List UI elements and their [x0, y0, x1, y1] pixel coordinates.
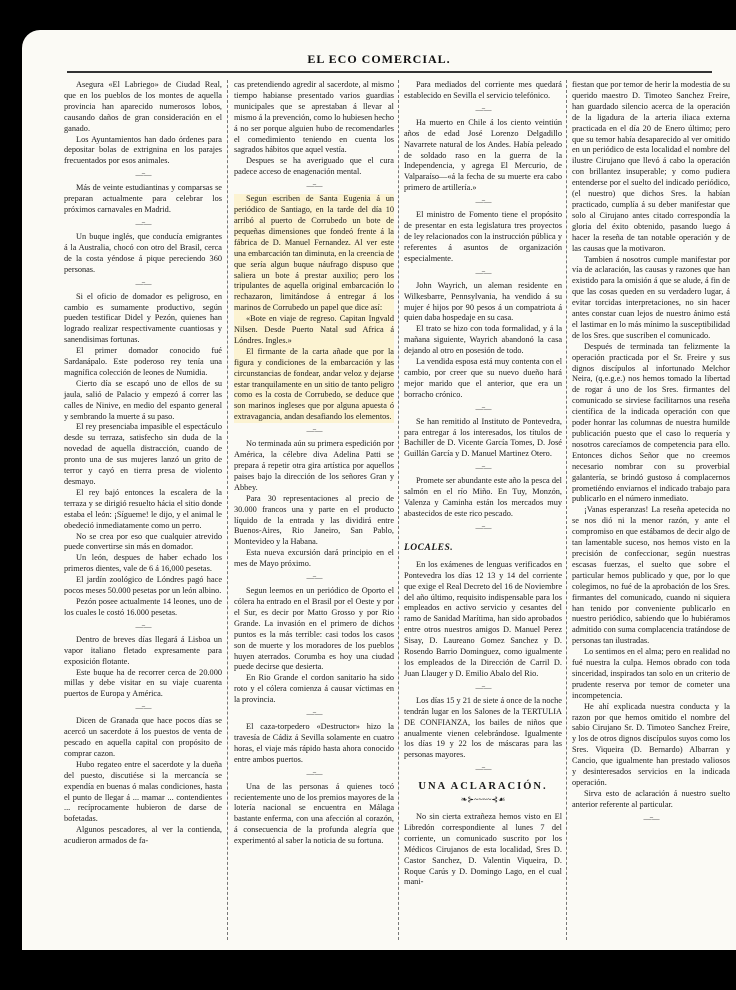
newspaper-page: EL ECO COMERCIAL. Asegura «El Labriego» … — [22, 30, 736, 965]
column-divider — [227, 80, 228, 940]
column-4: fiestan que por temor de herir la modest… — [572, 80, 730, 827]
column-3: Para mediados del corriente mes quedará … — [404, 80, 562, 888]
article-paragraph: Pezón posee actualmente 14 leones, uno d… — [64, 597, 222, 619]
article-paragraph: Este buque ha de recorrer cerca de 20.00… — [64, 668, 222, 701]
article-separator: —=— — [234, 709, 394, 719]
article-paragraph: Los días 15 y 21 de siete á once de la n… — [404, 696, 562, 761]
article-separator: —=— — [64, 622, 222, 632]
article-separator: —=— — [404, 197, 562, 207]
article-paragraph: No se crea por eso que cualquier atrevid… — [64, 532, 222, 554]
article-paragraph: El rey presenciaba impasible el espectác… — [64, 422, 222, 487]
article-paragraph: Asegura «El Labriego» de Ciudad Real, qu… — [64, 80, 222, 135]
article-paragraph: Dentro de breves días llegará á Lisboa u… — [64, 635, 222, 668]
article-headline: UNA ACLARACIÓN. — [404, 782, 562, 793]
article-paragraph: Para mediados del corriente mes quedará … — [404, 80, 562, 102]
column-1: Asegura «El Labriego» de Ciudad Real, qu… — [64, 80, 222, 847]
article-paragraph: En Rio Grande el cordon sanitario ha sid… — [234, 673, 394, 706]
section-heading: LOCALES. — [404, 543, 562, 554]
article-separator: —=— — [64, 219, 222, 229]
article-separator: —=— — [234, 426, 394, 436]
masthead: EL ECO COMERCIAL. — [22, 52, 736, 67]
article-separator: —=— — [64, 170, 222, 180]
article-paragraph: Dicen de Granada que hace pocos días se … — [64, 716, 222, 760]
ornament-icon: ❧⊱~~~~⊰☙ — [404, 795, 562, 806]
article-paragraph: El caza-torpedero «Destructor» hizo la t… — [234, 722, 394, 766]
article-paragraph: cas pretendiendo agredir al sacerdote, a… — [234, 80, 394, 156]
article-paragraph: Despues se ha averiguado que el cura pad… — [234, 156, 394, 178]
article-separator: —=— — [64, 279, 222, 289]
article-paragraph: He ahí explicada nuestra conducta y la r… — [572, 702, 730, 789]
column-divider — [398, 80, 399, 940]
article-paragraph: Promete ser abundante este año la pesca … — [404, 476, 562, 520]
article-separator: —=— — [404, 683, 562, 693]
article-paragraph: No terminada aún su primera espedición p… — [234, 439, 394, 494]
article-paragraph: fiestan que por temor de herir la modest… — [572, 80, 730, 255]
article-separator: —=— — [234, 573, 394, 583]
article-paragraph: El jardín zoológico de Lóndres pagó hace… — [64, 575, 222, 597]
article-paragraph: Lo sentimos en el alma; pero en realidad… — [572, 647, 730, 702]
article-paragraph: Una de las personas á quienes tocó recie… — [234, 782, 394, 847]
article-paragraph: Para 30 representaciones al precio de 30… — [234, 494, 394, 549]
article-paragraph: Un león, despues de haber echado los pri… — [64, 553, 222, 575]
article-paragraph: Los Ayuntamientos han dado órdenes para … — [64, 135, 222, 168]
article-paragraph: En los exámenes de lenguas verificados e… — [404, 560, 562, 680]
article-paragraph: Después de terminada tan felizmente la o… — [572, 342, 730, 506]
article-separator: —=— — [404, 463, 562, 473]
article-paragraph: No sin cierta extrañeza hemos visto en E… — [404, 812, 562, 888]
article-paragraph: Segun escriben de Santa Eugenia á un per… — [234, 194, 394, 314]
article-paragraph: Tambien á nosotros cumple manifestar por… — [572, 255, 730, 342]
article-paragraph: John Wayrich, un aleman residente en Wil… — [404, 281, 562, 325]
article-paragraph: La vendida esposa está muy contenta con … — [404, 357, 562, 401]
article-paragraph: Un buque inglés, que conducía emigrantes… — [64, 232, 222, 276]
scan-border — [0, 950, 736, 990]
article-paragraph: El trato se hizo con toda formalidad, y … — [404, 324, 562, 357]
article-separator: —=— — [404, 404, 562, 414]
article-separator: —=— — [404, 268, 562, 278]
article-separator: —=— — [234, 769, 394, 779]
article-separator: —=— — [404, 523, 562, 533]
masthead-rule — [67, 71, 712, 73]
article-separator: —=— — [572, 814, 730, 824]
article-paragraph: Más de veinte estudiantinas y comparsas … — [64, 183, 222, 216]
column-2: cas pretendiendo agredir al sacerdote, a… — [234, 80, 394, 847]
article-separator: —=— — [234, 181, 394, 191]
article-paragraph: El ministro de Fomento tiene el propósit… — [404, 210, 562, 265]
article-paragraph: Algunos pescadores, al ver la contienda,… — [64, 825, 222, 847]
article-paragraph: El primer domador conocido fué Sardanápa… — [64, 346, 222, 379]
article-separator: —=— — [404, 105, 562, 115]
article-paragraph: «Bote en viaje de regreso. Capitan Ingva… — [234, 314, 394, 347]
article-paragraph: ¡Vanas esperanzas! La reseña apetecida n… — [572, 505, 730, 647]
article-paragraph: Se han remitido al Instituto de Ponteved… — [404, 417, 562, 461]
article-paragraph: Si el oficio de domador es peligroso, en… — [64, 292, 222, 347]
article-separator: —=— — [64, 703, 222, 713]
article-paragraph: Sirva esto de aclaración á nuestro suelt… — [572, 789, 730, 811]
article-paragraph: Cierto día se escapó uno de ellos de su … — [64, 379, 222, 423]
article-paragraph: Segun leemos en un periódico de Oporto e… — [234, 586, 394, 673]
article-paragraph: Hubo regateo entre el sacerdote y la due… — [64, 760, 222, 825]
article-paragraph: Esta nueva excursión dará principio en e… — [234, 548, 394, 570]
article-paragraph: El rey bajó entonces la escalera de la t… — [64, 488, 222, 532]
column-divider — [566, 80, 567, 940]
article-separator: —=— — [404, 764, 562, 774]
article-paragraph: El firmante de la carta añade que por la… — [234, 347, 394, 423]
article-paragraph: Ha muerto en Chile á los ciento veintiún… — [404, 118, 562, 194]
